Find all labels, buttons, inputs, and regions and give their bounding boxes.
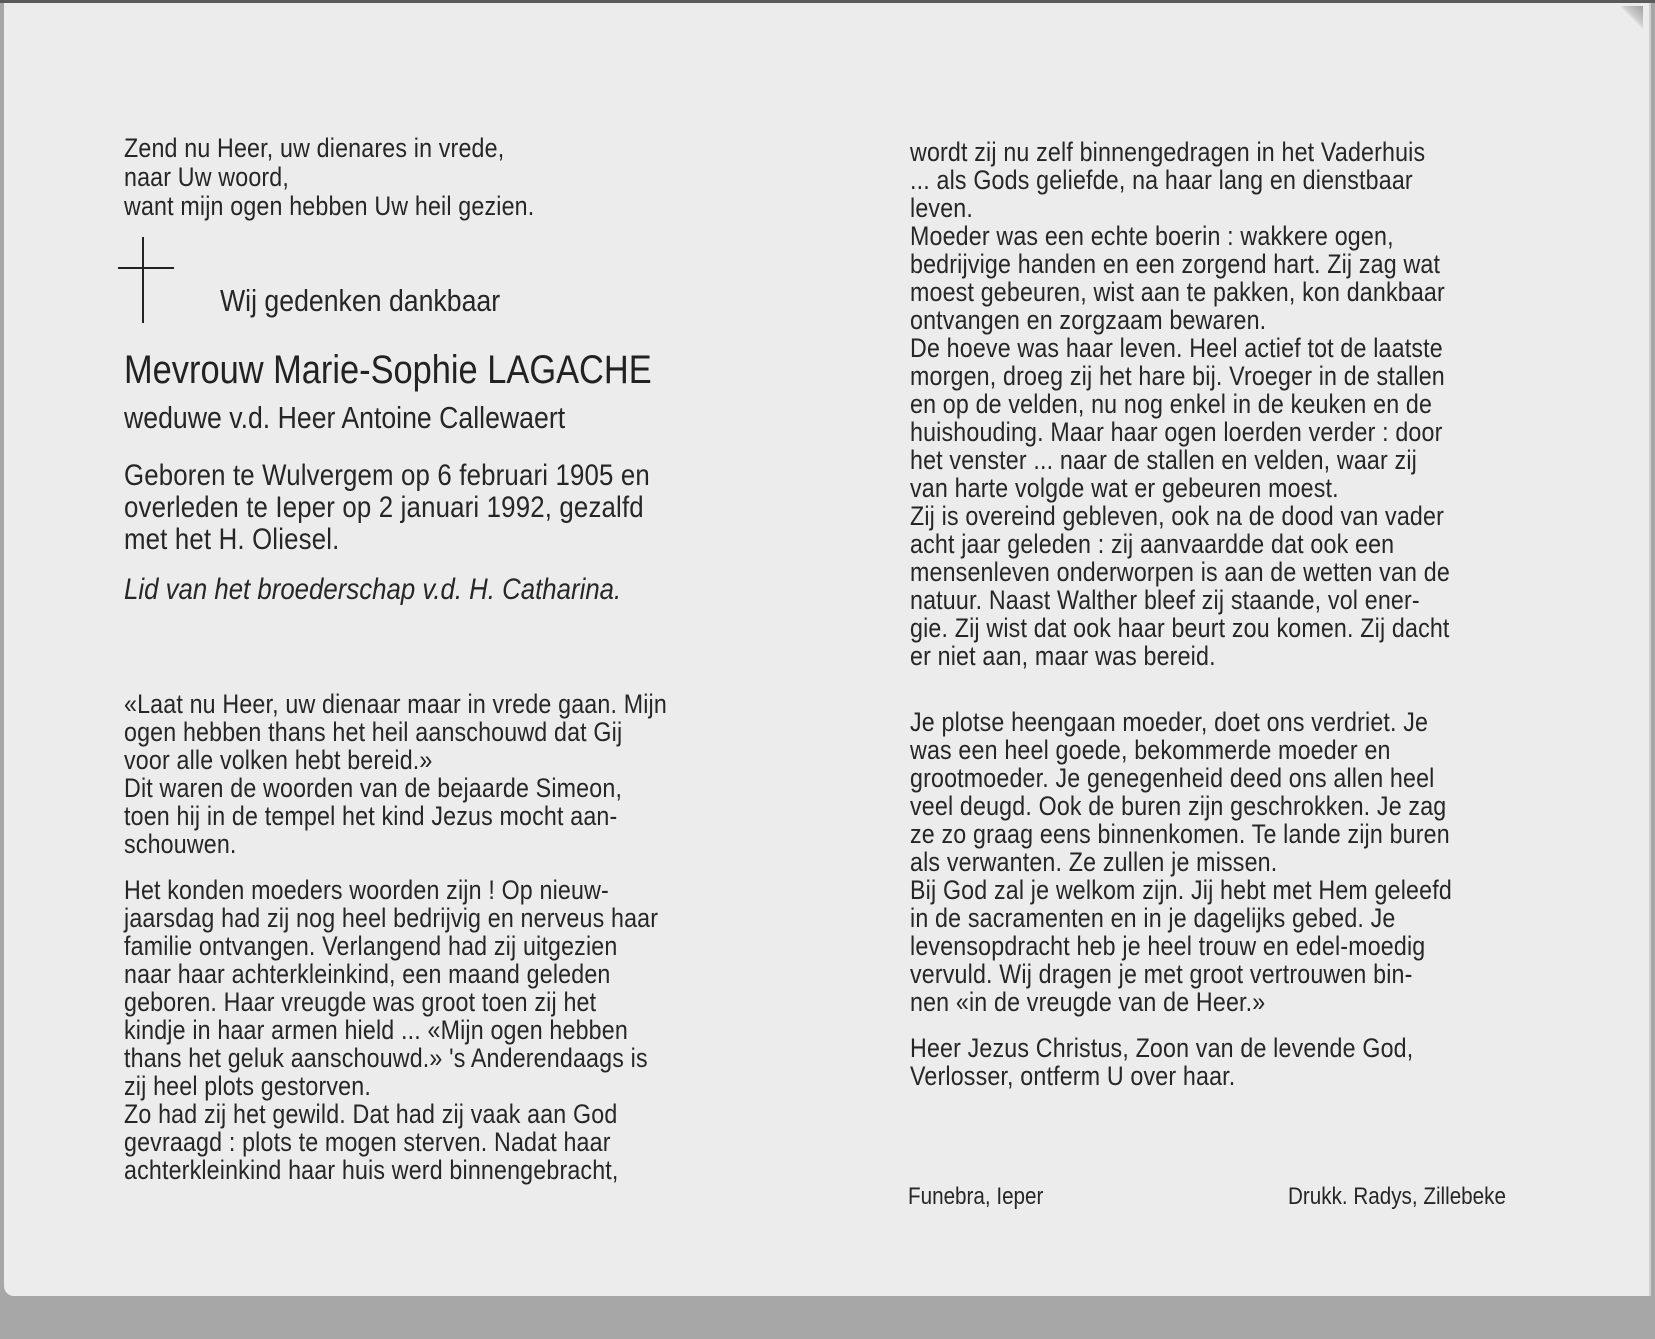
widow-of: weduwe v.d. Heer Antoine Callewaert	[124, 400, 565, 436]
verse-line: want mijn ogen hebben Uw heil gezien.	[124, 192, 534, 221]
text-line: van harte volgde wat er gebeuren moest.	[910, 474, 1452, 502]
text-line: Je plotse heengaan moeder, doet ons verd…	[910, 708, 1452, 736]
text-line: er niet aan, maar was bereid.	[910, 642, 1452, 670]
text-line: Zo had zij het gewild. Dat had zij vaak …	[124, 1100, 667, 1128]
text-line: kindje in haar armen hield ... «Mijn oge…	[124, 1016, 667, 1044]
verse-line: Zend nu Heer, uw dienares in vrede,	[124, 134, 534, 163]
text-line: Bij God zal je welkom zijn. Jij hebt met…	[910, 876, 1452, 904]
text-line: ... als Gods geliefde, na haar lang en d…	[910, 166, 1452, 194]
paragraph: Je plotse heengaan moeder, doet ons verd…	[910, 708, 1540, 1016]
printer-credit: Drukk. Radys, Zillebeke	[1288, 1183, 1506, 1211]
text-line: familie ontvangen. Verlangend had zij ui…	[124, 932, 667, 960]
text-line: ogen hebben thans het heil aanschouwd da…	[124, 718, 667, 746]
paragraph-gap	[910, 1016, 1540, 1034]
paragraph-gap	[124, 858, 755, 876]
left-column-text: «Laat nu Heer, uw dienaar maar in vrede …	[124, 690, 755, 1184]
text-line: moest gebeuren, wist aan te pakken, kon …	[910, 278, 1452, 306]
text-line: grootmoeder. Je genegenheid deed ons all…	[910, 764, 1452, 792]
birth-death-info: Geboren te Wulvergem op 6 februari 1905 …	[124, 460, 736, 556]
text-line: zij heel plots gestorven.	[124, 1072, 667, 1100]
text-line: toen hij in de tempel het kind Jezus moc…	[124, 802, 667, 830]
text-line: Dit waren de woorden van de bejaarde Sim…	[124, 774, 667, 802]
text-line: Het konden moeders woorden zijn ! Op nie…	[124, 876, 667, 904]
text-line: was een heel goede, bekommerde moeder en	[910, 736, 1452, 764]
text-line: mensenleven onderworpen is aan de wetten…	[910, 558, 1452, 586]
text-line: wordt zij nu zelf binnengedragen in het …	[910, 138, 1452, 166]
text-line: en op de velden, nu nog enkel in de keuk…	[910, 390, 1452, 418]
text-line: huishouding. Maar haar ogen loerden verd…	[910, 418, 1452, 446]
page-corner-curl	[1621, 6, 1643, 28]
paragraph: «Laat nu Heer, uw dienaar maar in vrede …	[124, 690, 755, 858]
funeral-home: Funebra, Ieper	[908, 1183, 1043, 1211]
paragraph: Het konden moeders woorden zijn ! Op nie…	[124, 876, 755, 1184]
text-line: thans het geluk aanschouwd.» 's Anderend…	[124, 1044, 667, 1072]
text-line: naar haar achterkleinkind, een maand gel…	[124, 960, 667, 988]
opening-verse: Zend nu Heer, uw dienares in vrede, naar…	[124, 134, 601, 221]
text-line: Zij is overeind gebleven, ook na de dood…	[910, 502, 1452, 530]
text-line: natuur. Naast Walther bleef zij staande,…	[910, 586, 1452, 614]
text-line: Moeder was een echte boerin : wakkere og…	[910, 222, 1452, 250]
paragraph: wordt zij nu zelf binnengedragen in het …	[910, 138, 1540, 670]
verse-line: naar Uw woord,	[124, 163, 534, 192]
text-line: voor alle volken hebt bereid.»	[124, 746, 667, 774]
paragraph: Heer Jezus Christus, Zoon van de levende…	[910, 1034, 1540, 1090]
text-line: ontvangen en zorgzaam bewaren.	[910, 306, 1452, 334]
text-line: acht jaar geleden : zij aanvaardde dat o…	[910, 530, 1452, 558]
text-line: bedrijvige handen en een zorgend hart. Z…	[910, 250, 1452, 278]
text-line: «Laat nu Heer, uw dienaar maar in vrede …	[124, 690, 667, 718]
right-column-text: wordt zij nu zelf binnengedragen in het …	[910, 138, 1540, 1090]
text-line: levensopdracht heb je heel trouw en edel…	[910, 932, 1452, 960]
text-line: Verlosser, ontferm U over haar.	[910, 1062, 1452, 1090]
paragraph-gap	[910, 670, 1540, 708]
text-line: Heer Jezus Christus, Zoon van de levende…	[910, 1034, 1452, 1062]
text-line: veel deugd. Ook de buren zijn geschrokke…	[910, 792, 1452, 820]
text-line: als verwanten. Ze zullen je missen.	[910, 848, 1452, 876]
birth-death-line: met het H. Oliesel.	[124, 524, 650, 556]
text-line: gevraagd : plots te mogen sterven. Nadat…	[124, 1128, 667, 1156]
text-line: achterkleinkind haar huis werd binnengeb…	[124, 1156, 667, 1184]
text-line: vervuld. Wij dragen je met groot vertrou…	[910, 960, 1452, 988]
fraternity-membership: Lid van het broederschap v.d. H. Cathari…	[124, 573, 621, 607]
text-line: schouwen.	[124, 830, 667, 858]
text-line: in de sacramenten en in je dagelijks geb…	[910, 904, 1452, 932]
text-line: nen «in de vreugde van de Heer.»	[910, 988, 1452, 1016]
text-line: jaarsdag had zij nog heel bedrijvig en n…	[124, 904, 667, 932]
text-line: gie. Zij wist dat ook haar beurt zou kom…	[910, 614, 1452, 642]
birth-death-line: overleden te Ieper op 2 januari 1992, ge…	[124, 492, 650, 524]
text-line: morgen, droeg zij het hare bij. Vroeger …	[910, 362, 1452, 390]
cross-icon	[118, 237, 174, 323]
text-line: leven.	[910, 194, 1452, 222]
text-line: het venster ... naar de stallen en velde…	[910, 446, 1452, 474]
remember-line: Wij gedenken dankbaar	[220, 283, 500, 319]
text-line: ze zo graag eens binnenkomen. Te lande z…	[910, 820, 1452, 848]
deceased-name: Mevrouw Marie-Sophie LAGACHE	[124, 348, 652, 393]
text-line: geboren. Haar vreugde was groot toen zij…	[124, 988, 667, 1016]
birth-death-line: Geboren te Wulvergem op 6 februari 1905 …	[124, 460, 650, 492]
text-line: De hoeve was haar leven. Heel actief tot…	[910, 334, 1452, 362]
